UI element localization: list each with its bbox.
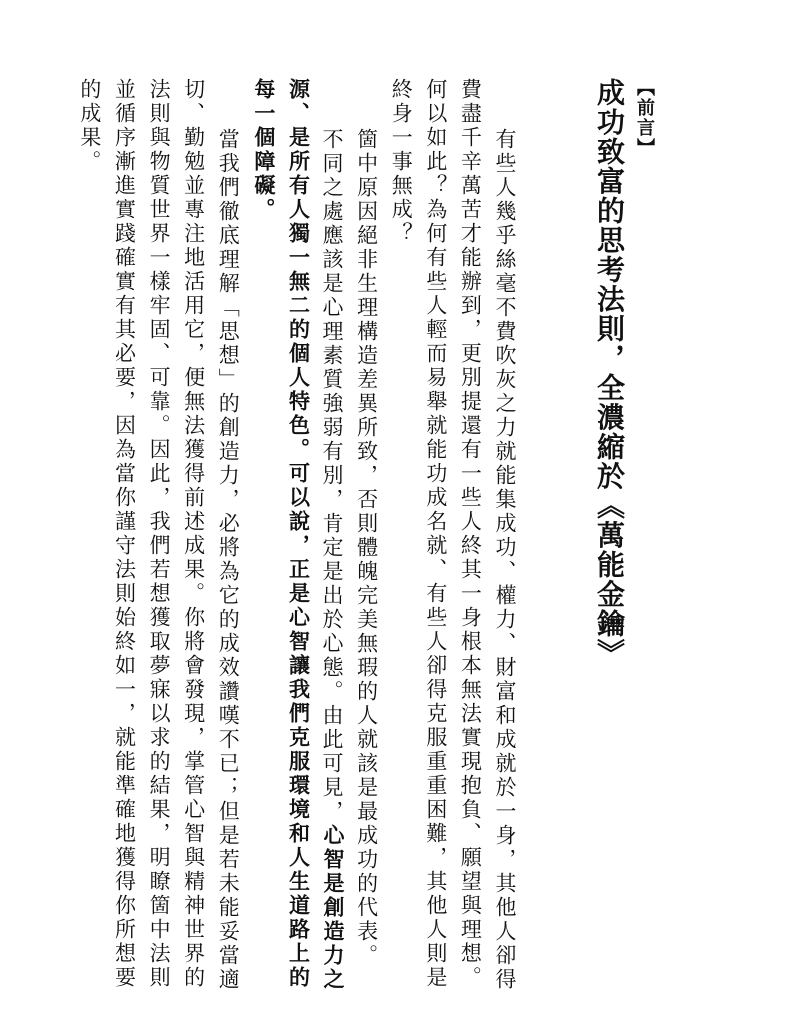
- body-text-run: 不同之處應該是心理素質強弱有別，肯定是出於心態。由此可見，: [320, 128, 344, 824]
- preface-label: 【前言】: [630, 78, 660, 996]
- body-text-run: 箇中原因絕非生理構造差異所致，否則體魄完美無瑕的人就該是最成功的代表。: [355, 128, 379, 968]
- paragraph: 當我們徹底理解「思想」的創造力，必將為它的成效讚嘆不已；但是若未能妥當適切、勤勉…: [72, 78, 245, 996]
- body-paragraphs: 有些人幾乎絲毫不費吹灰之力就能集成功、權力、財富和成就於一身，其他人卻得費盡千辛…: [72, 78, 522, 996]
- body-text-run: 當我們徹底理解「思想」的創造力，必將為它的成效讚嘆不已；但是若未能妥當適切、勤勉…: [78, 78, 240, 992]
- book-page: 【前言】 成功致富的思考法則，全濃縮於《萬能金鑰》 有些人幾乎絲毫不費吹灰之力就…: [0, 0, 791, 1024]
- body-text-run: 有些人幾乎絲毫不費吹灰之力就能集成功、權力、財富和成就於一身，其他人卻得費盡千辛…: [389, 78, 517, 992]
- page-title: 成功致富的思考法則，全濃縮於《萬能金鑰》: [588, 78, 630, 996]
- paragraph: 箇中原因絕非生理構造差異所致，否則體魄完美無瑕的人就該是最成功的代表。: [349, 78, 384, 996]
- paragraph: 不同之處應該是心理素質強弱有別，肯定是出於心態。由此可見，心智是創造力之源、是所…: [245, 78, 349, 996]
- text-block: 【前言】 成功致富的思考法則，全濃縮於《萬能金鑰》 有些人幾乎絲毫不費吹灰之力就…: [72, 78, 660, 996]
- paragraph: 有些人幾乎絲毫不費吹灰之力就能集成功、權力、財富和成就於一身，其他人卻得費盡千辛…: [384, 78, 522, 996]
